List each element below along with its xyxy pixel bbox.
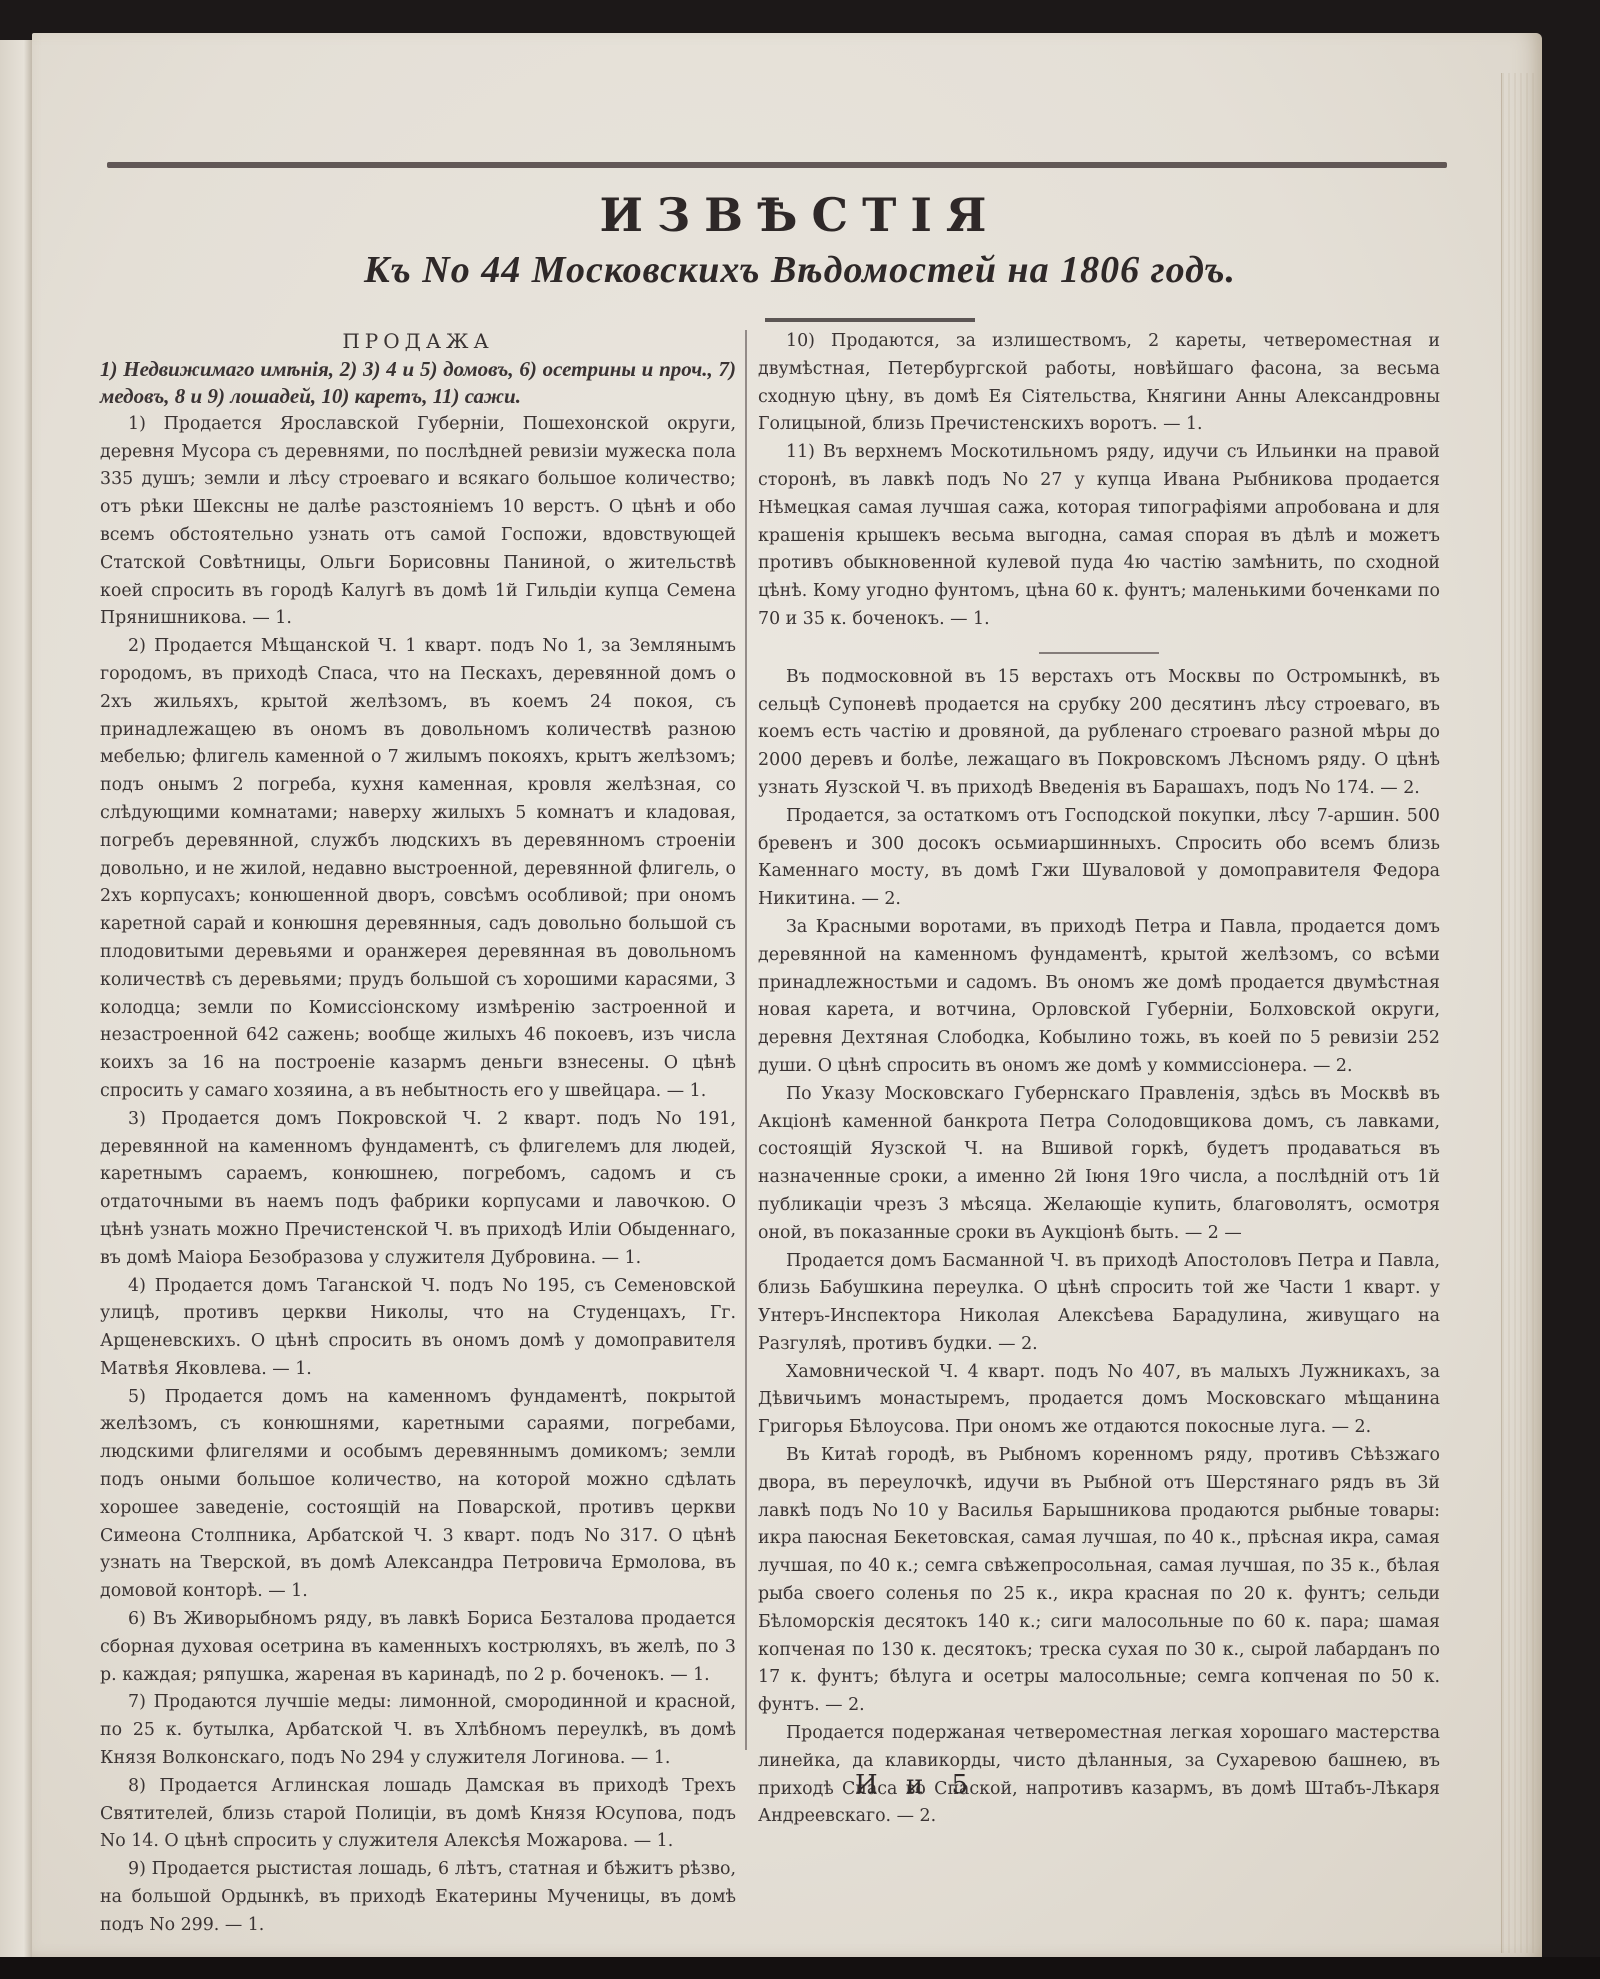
column-divider: [745, 330, 747, 1750]
header-rule: [107, 162, 1447, 168]
notice-7: 7) Продаются лучшіе меды: лимонной, смор…: [100, 1689, 736, 1772]
notice-2: 2) Продается Мѣщанской Ч. 1 кварт. подъ …: [100, 633, 736, 1106]
notice-4: 4) Продается домъ Таганской Ч. подъ No 1…: [100, 1273, 736, 1384]
notice-10: 10) Продаются, за излишествомъ, 2 кареты…: [758, 328, 1440, 439]
page-subtitle: Къ No 44 Московскихъ Вѣдомостей на 1806 …: [0, 248, 1600, 292]
notice-5: 5) Продается домъ на каменномъ фундамент…: [100, 1384, 736, 1606]
notice-separator: [1039, 652, 1159, 654]
notice-basmannaya-house: Продается домъ Басманной Ч. въ приходѣ А…: [758, 1248, 1440, 1359]
left-column: ПРОДАЖА 1) Недвижимаго имѣнія, 2) 3) 4 и…: [100, 328, 736, 1940]
notice-11: 11) Въ верхнемъ Москотильномъ ряду, идуч…: [758, 439, 1440, 634]
right-column: 10) Продаются, за излишествомъ, 2 кареты…: [758, 328, 1440, 1831]
signature-mark: И и 5: [855, 1770, 978, 1800]
section-heading: ПРОДАЖА: [100, 328, 736, 356]
background-shadow: [0, 1957, 1600, 1979]
notice-red-gate-house: За Красными воротами, въ приходѣ Петра и…: [758, 914, 1440, 1081]
notice-1: 1) Продается Ярославской Губерніи, Пошех…: [100, 411, 736, 633]
notice-6: 6) Въ Живорыбномъ ряду, въ лавкѣ Бориса …: [100, 1606, 736, 1689]
facing-page-edge: [0, 40, 35, 1960]
notice-9: 9) Продается рыстистая лошадь, 6 лѣтъ, с…: [100, 1856, 736, 1939]
notice-3: 3) Продается домъ Покровской Ч. 2 кварт.…: [100, 1106, 736, 1273]
notice-auction: По Указу Московскаго Губернскаго Правлен…: [758, 1081, 1440, 1248]
notice-fish-goods: Въ Китаѣ городѣ, въ Рыбномъ коренномъ ря…: [758, 1442, 1440, 1720]
title-divider: [765, 318, 975, 322]
notice-timber: Продается, за остаткомъ отъ Господской п…: [758, 803, 1440, 914]
notice-forest: Въ подмосковной въ 15 верстахъ отъ Москв…: [758, 664, 1440, 803]
page-fore-edge: [1501, 73, 1538, 1953]
notice-khamovniki-house: Хамовнической Ч. 4 кварт. подъ No 407, в…: [758, 1359, 1440, 1442]
notice-8: 8) Продается Аглинская лошадь Дамская въ…: [100, 1773, 736, 1856]
contents-summary: 1) Недвижимаго имѣнія, 2) 3) 4 и 5) домо…: [100, 356, 736, 411]
page-title: ИЗВѢСТІЯ: [0, 188, 1600, 242]
